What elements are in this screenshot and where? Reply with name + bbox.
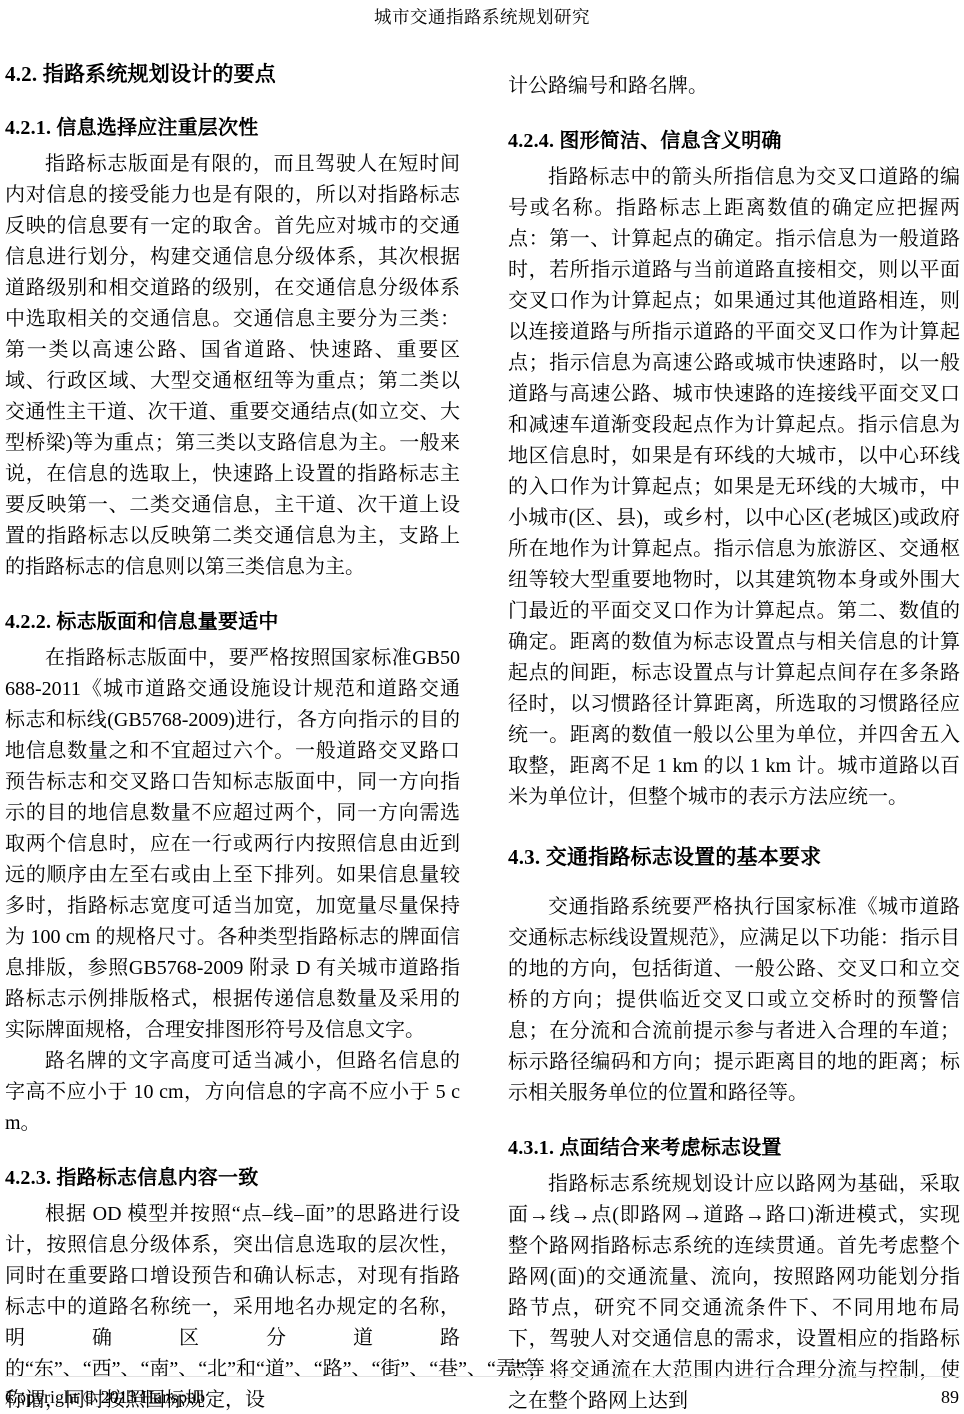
subsection-heading-4-2-3: 4.2.3. 指路标志信息内容一致 [5,1164,460,1192]
subsection-heading-4-2-1: 4.2.1. 信息选择应注重层次性 [5,114,460,142]
subsection-heading-4-3-1: 4.3.1. 点面结合来考虑标志设置 [508,1134,960,1162]
page-header: 城市交通指路系统规划研究 [0,0,964,30]
paragraph-4-2-4: 指路标志中的箭头所指信息为交叉口道路的编号或名称。指路标志上距离数值的确定应把握… [508,162,960,813]
section-heading-4-2: 4.2. 指路系统规划设计的要点 [5,60,460,89]
page-number: 89 [941,1386,959,1408]
paragraph-4-2-3-continuation: 计公路编号和路名牌。 [508,71,960,102]
copyright-text: Copyright © 2013 Hanspub [5,1386,205,1408]
right-column: 计公路编号和路名牌。 4.2.4. 图形简洁、信息含义明确 指路标志中的箭头所指… [508,30,960,1414]
paragraph-4-2-1: 指路标志版面是有限的，而且驾驶人在短时间内对信息的接受能力也是有限的，所以对指路… [5,149,460,583]
running-title: 城市交通指路系统规划研究 [374,7,590,27]
subsection-heading-4-2-2: 4.2.2. 标志版面和信息量要适中 [5,608,460,636]
section-heading-4-3: 4.3. 交通指路标志设置的基本要求 [508,843,960,872]
page-footer: Copyright © 2013 Hanspub 89 [5,1376,959,1408]
paragraph-4-3: 交通指路系统要严格执行国家标准《城市道路交通标志标线设置规范》，应满足以下功能：… [508,892,960,1109]
paragraph-4-2-2-second: 路名牌的文字高度可适当减小，但路名信息的字高不应小于 10 cm，方向信息的字高… [5,1046,460,1139]
paragraph-4-2-2-first: 在指路标志版面中，要严格按照国家标准GB50688-2011《城市道路交通设施设… [5,643,460,1046]
left-column: 4.2. 指路系统规划设计的要点 4.2.1. 信息选择应注重层次性 指路标志版… [5,30,460,1414]
subsection-heading-4-2-4: 4.2.4. 图形简洁、信息含义明确 [508,127,960,155]
two-column-body: 4.2. 指路系统规划设计的要点 4.2.1. 信息选择应注重层次性 指路标志版… [0,30,964,1414]
